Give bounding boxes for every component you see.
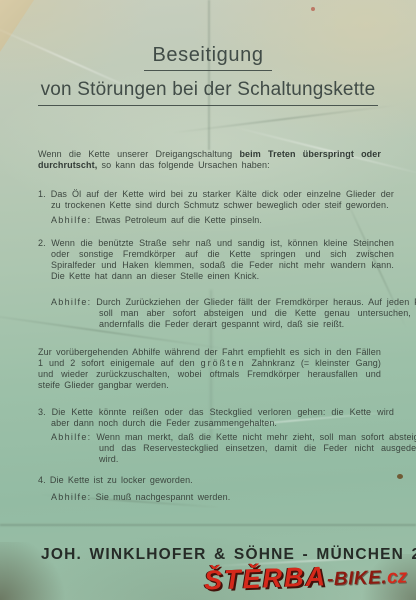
item-text: Die Kette ist zu locker geworden. bbox=[50, 475, 193, 485]
document-title-line2: von Störungen bei der Schaltungskette bbox=[38, 79, 379, 106]
remedy-text: Etwas Petroleum auf die Kette pinseln. bbox=[96, 215, 262, 225]
item-number: 1. bbox=[38, 189, 46, 199]
item-text: Das Öl auf der Kette wird bei zu starker… bbox=[51, 189, 394, 210]
list-item-1: 1. Das Öl auf der Kette wird bei zu star… bbox=[38, 189, 394, 211]
remedy-2: Abhilfe: Durch Zurückziehen der Glieder … bbox=[51, 297, 416, 330]
remedy-label: Abhilfe: bbox=[51, 492, 91, 502]
intro-paragraph: Wenn die Kette unserer Dreigangschaltung… bbox=[38, 149, 381, 171]
ink-stain bbox=[311, 7, 315, 11]
item-number: 4. bbox=[38, 475, 46, 485]
list-item-3: 3. Die Kette könnte reißen oder das Stec… bbox=[38, 407, 394, 429]
remedy-3: Abhilfe: Wenn man merkt, daß die Kette n… bbox=[51, 432, 416, 465]
remedy-label: Abhilfe: bbox=[51, 297, 91, 307]
ink-stain bbox=[397, 474, 403, 479]
remedy-1: Abhilfe: Etwas Petroleum auf die Kette p… bbox=[51, 215, 416, 226]
interim-emphasized-word: größten bbox=[201, 358, 246, 368]
intro-text: so kann das folgende Ursachen haben: bbox=[97, 160, 269, 170]
item-text: Die Kette könnte reißen oder das Steckgl… bbox=[51, 407, 394, 428]
document-title-line1: Beseitigung bbox=[144, 44, 271, 71]
watermark-brand: ŠTĚRBA bbox=[204, 561, 328, 595]
remedy-text: Wenn man merkt, daß die Kette nicht mehr… bbox=[96, 432, 416, 464]
document-header: Beseitigung von Störungen bei der Schalt… bbox=[0, 44, 416, 106]
item-number: 3. bbox=[38, 407, 46, 417]
interim-paragraph: Zur vorübergehenden Abhilfe während der … bbox=[38, 347, 381, 391]
list-item-2: 2. Wenn die benützte Straße sehr naß und… bbox=[38, 238, 394, 282]
item-text: Wenn die benützte Straße sehr naß und sa… bbox=[51, 238, 394, 281]
remedy-text: Sie muß nachgespannt werden. bbox=[96, 492, 231, 502]
item-number: 2. bbox=[38, 238, 46, 248]
remedy-label: Abhilfe: bbox=[51, 215, 91, 225]
list-item-4: 4. Die Kette ist zu locker geworden. bbox=[38, 475, 394, 486]
remedy-label: Abhilfe: bbox=[51, 432, 91, 442]
watermark-domain: cz bbox=[387, 566, 408, 588]
remedy-text: Durch Zurückziehen der Glieder fällt der… bbox=[96, 297, 416, 329]
horizontal-fold-line bbox=[0, 524, 416, 526]
remedy-4: Abhilfe: Sie muß nachgespannt werden. bbox=[51, 492, 416, 503]
intro-text: Wenn die Kette unserer Dreigangschaltung bbox=[38, 149, 239, 159]
watermark-bike: -BIKE. bbox=[327, 567, 388, 590]
